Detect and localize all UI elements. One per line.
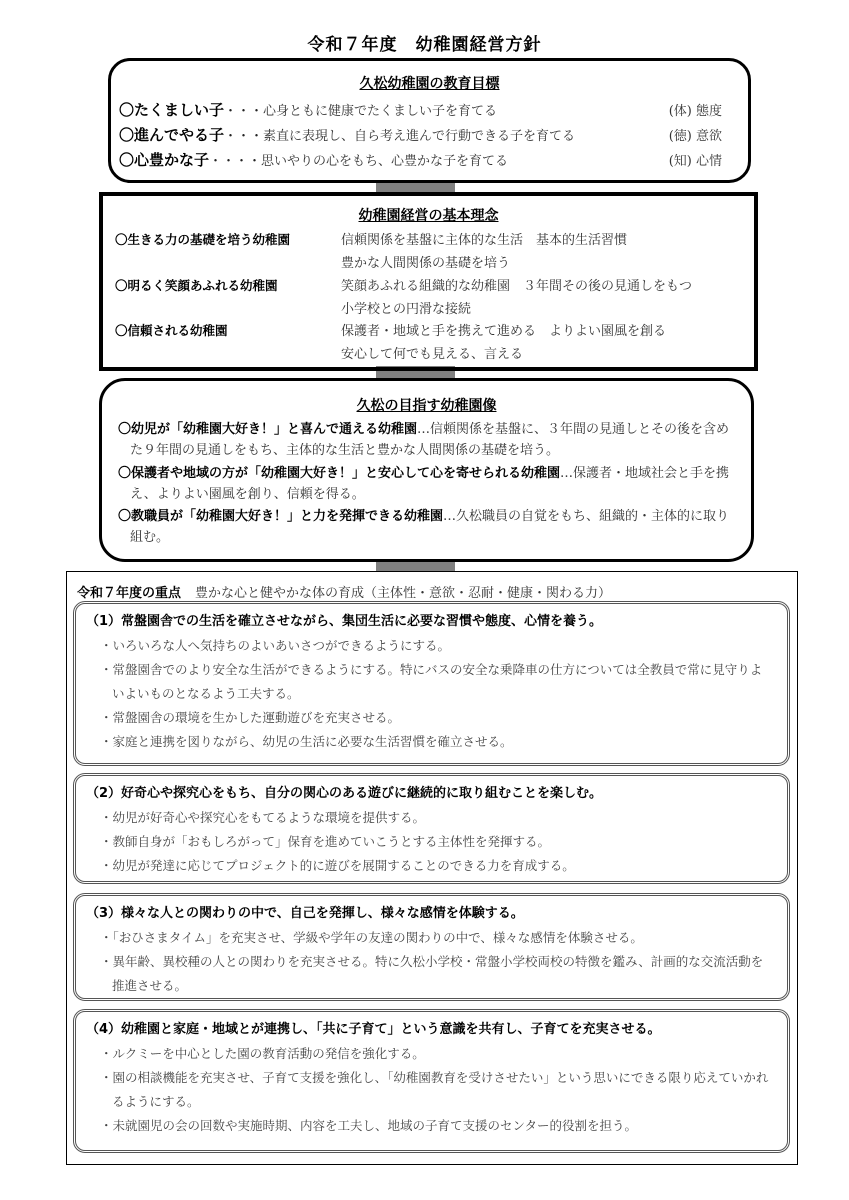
education-goals-heading: 久松幼稚園の教育目標	[111, 73, 748, 93]
vision-item: 〇幼児が「幼稚園大好き！」と喜んで通える幼稚園…信頼関係を基盤に、３年間の見通し…	[118, 419, 741, 461]
focus-section: （2）好奇心や探究心をもち、自分の関心のある遊びに継続的に取り組むことを楽しむ。…	[73, 773, 790, 884]
bullet-item: ・ルクミーを中心とした園の教育活動の発信を強化する。	[100, 1042, 773, 1066]
focus-section: （4）幼稚園と家庭・地域とが連携し、「共に子育て」という意識を共有し、子育てを充…	[73, 1009, 790, 1153]
goal-item: 〇たくましい子・・・心身ともに健康でたくましい子を育てる (体) 態度	[119, 99, 738, 119]
education-goals-box: 久松幼稚園の教育目標 〇たくましい子・・・心身ともに健康でたくましい子を育てる …	[108, 58, 751, 183]
goal-item: 〇心豊かな子・・・・思いやりの心をもち、心豊かな子を育てる (知) 心情	[119, 149, 738, 169]
focus-section-title: （1）常盤園舎での生活を確立させながら、集団生活に必要な習慣や態度、心情を養う。	[86, 610, 602, 629]
philosophy-label: 〇生きる力の基礎を培う幼稚園	[115, 230, 290, 248]
goal-dots: ・・・	[224, 104, 263, 119]
focus-box: 令和７年度の重点豊かな心と健やかな体の育成（主体性・意欲・忍耐・健康・関わる力）…	[66, 571, 798, 1165]
bullet-item: ・園の相談機能を充実させ、子育て支援を強化し、「幼稚園教育を受けさせたい」という…	[100, 1066, 773, 1114]
vision-item: 〇教職員が「幼稚園大好き！」と力を発揮できる幼稚園…久松職員の自覚をもち、組織的…	[118, 506, 741, 548]
philosophy-label: 〇信頼される幼稚園	[115, 321, 228, 339]
focus-header: 令和７年度の重点豊かな心と健やかな体の育成（主体性・意欲・忍耐・健康・関わる力）	[77, 582, 611, 601]
document-title: 令和７年度 幼稚園経営方針	[0, 30, 849, 55]
vision-label: 〇幼児が「幼稚園大好き！」と喜んで通える幼稚園	[118, 422, 417, 437]
goal-item: 〇進んでやる子・・・素直に表現し、自ら考え進んで行動できる子を育てる (徳) 意…	[119, 124, 738, 144]
goal-tag: (知) 心情	[669, 150, 722, 169]
philosophy-line: 豊かな人間関係の基礎を培う	[341, 252, 510, 271]
focus-bullets: ・幼児が好奇心や探究心をもてるような環境を提供する。 ・教師自身が「おもしろがっ…	[100, 806, 773, 878]
philosophy-box: 幼稚園経営の基本理念 〇生きる力の基礎を培う幼稚園 信頼関係を基盤に主体的な生活…	[99, 192, 758, 371]
goal-label: 〇心豊かな子	[119, 151, 209, 169]
focus-section-title: （3）様々な人との関わりの中で、自己を発揮し、様々な感情を体験する。	[86, 902, 524, 921]
philosophy-heading: 幼稚園経営の基本理念	[103, 205, 754, 225]
goal-dots: ・・・	[224, 129, 263, 144]
goal-dots: ・・・・	[209, 154, 261, 169]
goal-desc: 思いやりの心をもち、心豊かな子を育てる	[261, 154, 508, 169]
philosophy-line: 保護者・地域と手を携えて進める よりよい園風を創る	[341, 320, 666, 339]
goal-desc: 素直に表現し、自ら考え進んで行動できる子を育てる	[263, 129, 575, 144]
vision-item: 〇保護者や地域の方が「幼稚園大好き！」と安心して心を寄せられる幼稚園…保護者・地…	[118, 463, 741, 505]
philosophy-line: 安心して何でも見える、言える	[341, 343, 523, 362]
bullet-item: ・未就園児の会の回数や実施時期、内容を工夫し、地域の子育て支援のセンター的役割を…	[100, 1114, 773, 1138]
vision-heading: 久松の目指す幼稚園像	[102, 395, 751, 415]
vision-label: 〇教職員が「幼稚園大好き！」と力を発揮できる幼稚園	[118, 509, 443, 524]
focus-theme: 豊かな心と健やかな体の育成（主体性・意欲・忍耐・健康・関わる力）	[195, 586, 611, 601]
goal-label: 〇進んでやる子	[119, 126, 224, 144]
focus-bullets: ・「おひさまタイム」を充実させ、学級や学年の友達の関わりの中で、様々な感情を体験…	[100, 926, 773, 998]
bullet-item: ・教師自身が「おもしろがって」保育を進めていこうとする主体性を発揮する。	[100, 830, 773, 854]
focus-bullets: ・いろいろな人へ気持ちのよいあいさつができるようにする。 ・常盤園舎でのより安全…	[100, 634, 773, 754]
focus-section: （3）様々な人との関わりの中で、自己を発揮し、様々な感情を体験する。 ・「おひさ…	[73, 893, 790, 1001]
bullet-item: ・常盤園舎の環境を生かした運動遊びを充実させる。	[100, 706, 773, 730]
goal-tag: (徳) 意欲	[669, 125, 722, 144]
vision-label: 〇保護者や地域の方が「幼稚園大好き！」と安心して心を寄せられる幼稚園	[118, 466, 560, 481]
bullet-item: ・幼児が発達に応じてプロジェクト的に遊びを展開することのできる力を育成する。	[100, 854, 773, 878]
focus-label: 令和７年度の重点	[77, 586, 181, 601]
vision-box: 久松の目指す幼稚園像 〇幼児が「幼稚園大好き！」と喜んで通える幼稚園…信頼関係を…	[99, 378, 754, 562]
bullet-item: ・常盤園舎でのより安全な生活ができるようにする。特にバスの安全な乗降車の仕方につ…	[100, 658, 773, 706]
goal-tag: (体) 態度	[669, 100, 722, 119]
focus-section-title: （4）幼稚園と家庭・地域とが連携し、「共に子育て」という意識を共有し、子育てを充…	[86, 1018, 661, 1037]
philosophy-line: 小学校との円滑な接続	[341, 298, 471, 317]
bullet-item: ・幼児が好奇心や探究心をもてるような環境を提供する。	[100, 806, 773, 830]
goal-label: 〇たくましい子	[119, 101, 224, 119]
philosophy-line: 笑顔あふれる組織的な幼稚園 ３年間その後の見通しをもつ	[341, 275, 692, 294]
philosophy-line: 信頼関係を基盤に主体的な生活 基本的生活習慣	[341, 229, 627, 248]
bullet-item: ・異年齢、異校種の人との関わりを充実させる。特に久松小学校・常盤小学校両校の特徴…	[100, 950, 773, 998]
focus-section: （1）常盤園舎での生活を確立させながら、集団生活に必要な習慣や態度、心情を養う。…	[73, 601, 790, 766]
focus-bullets: ・ルクミーを中心とした園の教育活動の発信を強化する。 ・園の相談機能を充実させ、…	[100, 1042, 773, 1138]
focus-section-title: （2）好奇心や探究心をもち、自分の関心のある遊びに継続的に取り組むことを楽しむ。	[86, 782, 602, 801]
bullet-item: ・「おひさまタイム」を充実させ、学級や学年の友達の関わりの中で、様々な感情を体験…	[100, 926, 773, 950]
bullet-item: ・いろいろな人へ気持ちのよいあいさつができるようにする。	[100, 634, 773, 658]
philosophy-label: 〇明るく笑顔あふれる幼稚園	[115, 276, 278, 294]
goal-desc: 心身ともに健康でたくましい子を育てる	[263, 104, 497, 119]
bullet-item: ・家庭と連携を図りながら、幼児の生活に必要な生活習慣を確立させる。	[100, 730, 773, 754]
